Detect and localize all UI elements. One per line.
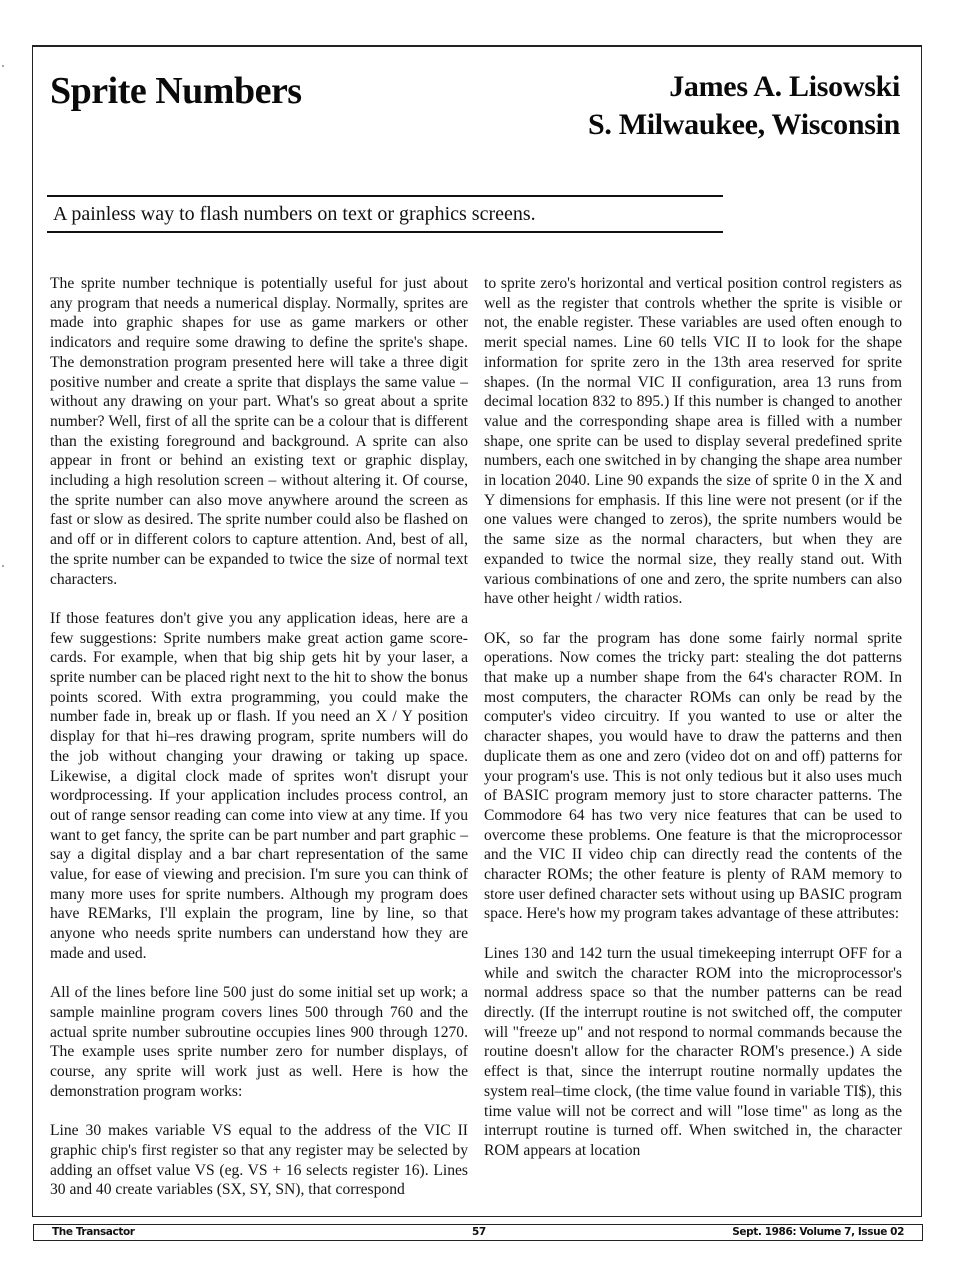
paragraph: OK, so far the program has done some fai…: [484, 629, 902, 925]
page-footer: The Transactor 57 Sept. 1986: Volume 7, …: [33, 1224, 923, 1241]
issue-info: Sept. 1986: Volume 7, Issue 02: [732, 1225, 904, 1239]
paragraph: If those features don't give you any app…: [50, 609, 468, 964]
author-location: S. Milwaukee, Wisconsin: [588, 106, 900, 144]
paragraph: Lines 130 and 142 turn the usual timekee…: [484, 944, 902, 1161]
paragraph: Line 30 makes variable VS equal to the a…: [50, 1121, 468, 1200]
right-column: to sprite zero's horizontal and vertical…: [484, 274, 902, 1209]
paragraph: All of the lines before line 500 just do…: [50, 983, 468, 1101]
scan-mark: [2, 565, 4, 567]
article-subtitle: A painless way to flash numbers on text …: [53, 202, 536, 226]
article-title: Sprite Numbers: [50, 68, 302, 114]
scan-mark: [2, 65, 4, 67]
page-number: 57: [472, 1225, 486, 1239]
subtitle-block: A painless way to flash numbers on text …: [47, 195, 723, 233]
article-body: The sprite number technique is potential…: [50, 274, 904, 1209]
paragraph: to sprite zero's horizontal and vertical…: [484, 274, 902, 609]
byline: James A. Lisowski S. Milwaukee, Wisconsi…: [588, 68, 900, 144]
left-column: The sprite number technique is potential…: [50, 274, 468, 1209]
paragraph: The sprite number technique is potential…: [50, 274, 468, 589]
publication-name: The Transactor: [52, 1225, 135, 1239]
author-name: James A. Lisowski: [588, 68, 900, 106]
